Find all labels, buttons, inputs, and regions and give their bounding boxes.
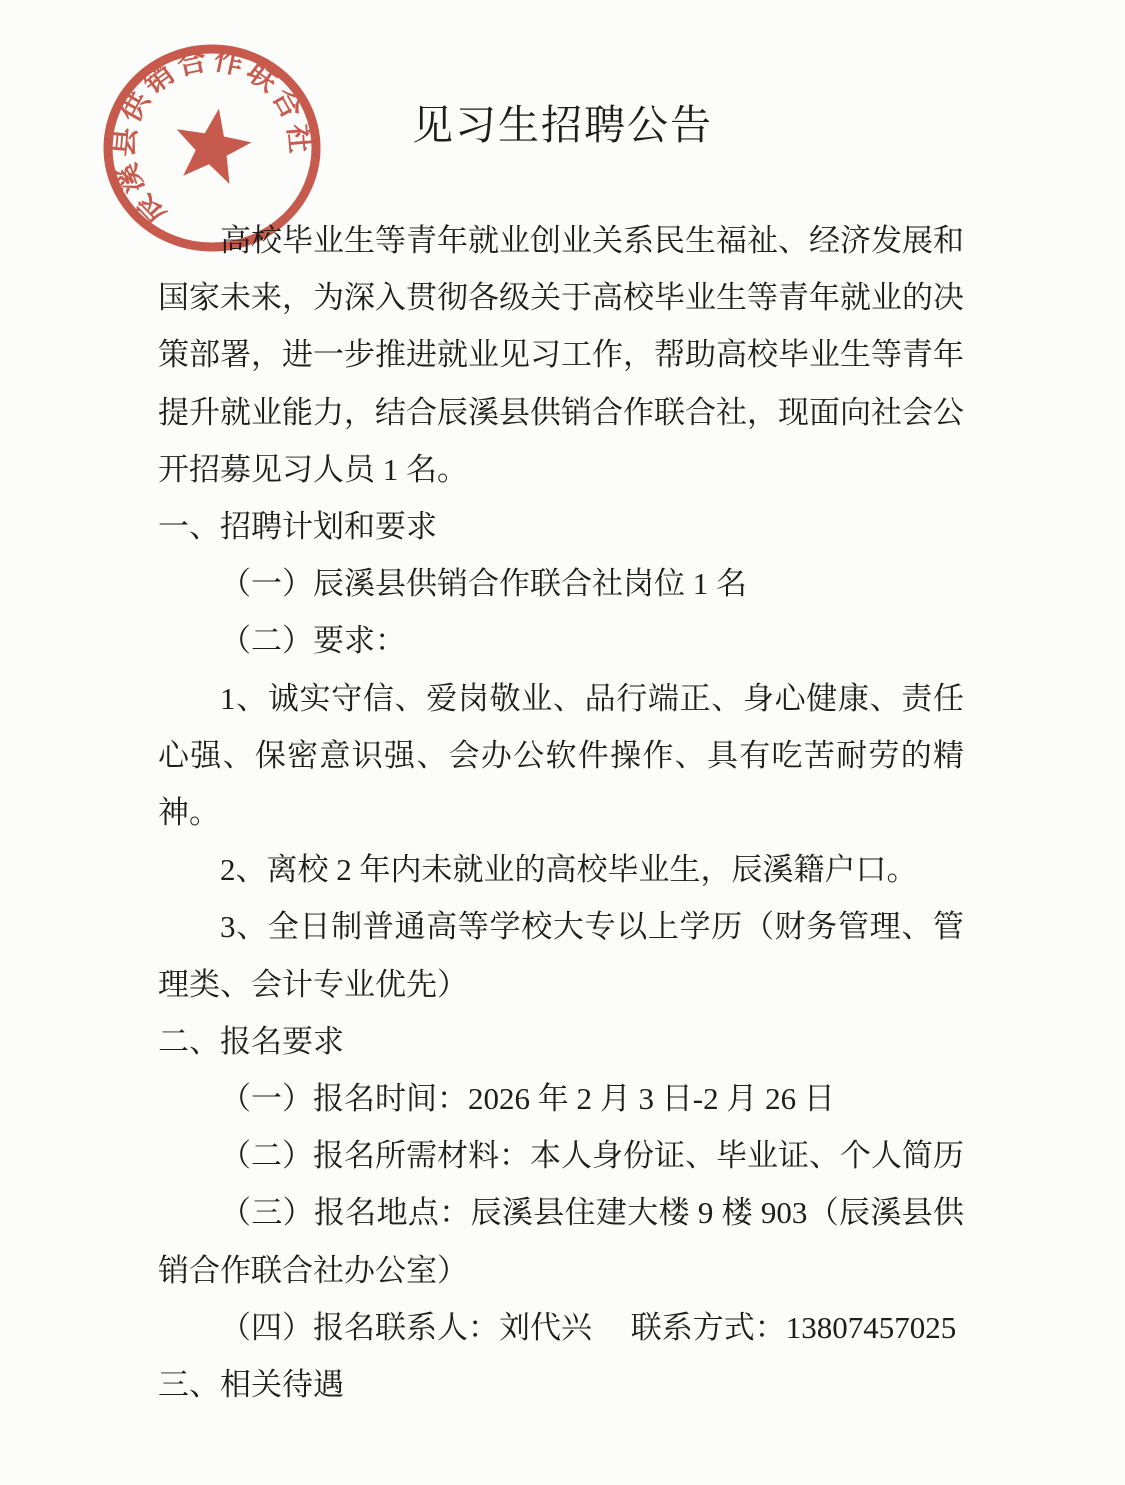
paragraph-intro: 高校毕业生等青年就业创业关系民生福祉、经济发展和国家未来，为深入贯彻各级关于高校… bbox=[158, 212, 964, 498]
item-position-count: （一）辰溪县供销合作联合社岗位 1 名 bbox=[158, 555, 964, 612]
item-signup-time: （一）报名时间：2026 年 2 月 3 日-2 月 26 日 bbox=[158, 1070, 964, 1127]
announcement-page: 辰溪县供销合作联合社 见习生招聘公告 高校毕业生等青年就业创业关系民生福祉、经济… bbox=[0, 0, 1125, 1485]
doc-body: 高校毕业生等青年就业创业关系民生福祉、经济发展和国家未来，为深入贯彻各级关于高校… bbox=[158, 212, 964, 1413]
doc-title: 见习生招聘公告 bbox=[0, 100, 1125, 150]
item-signup-contact: （四）报名联系人：刘代兴 联系方式：13807457025 bbox=[158, 1299, 964, 1356]
requirement-2: 2、离校 2 年内未就业的高校毕业生，辰溪籍户口。 bbox=[158, 841, 964, 898]
requirement-1: 1、诚实守信、爱岗敬业、品行端正、身心健康、责任心强、保密意识强、会办公软件操作… bbox=[158, 670, 964, 842]
item-signup-location: （三）报名地点：辰溪县住建大楼 9 楼 903（辰溪县供销合作联合社办公室） bbox=[158, 1184, 964, 1298]
heading-section-3: 三、相关待遇 bbox=[158, 1356, 964, 1413]
item-requirements-label: （二）要求： bbox=[158, 612, 964, 669]
requirement-3: 3、全日制普通高等学校大专以上学历（财务管理、管理类、会计专业优先） bbox=[158, 898, 964, 1012]
heading-section-1: 一、招聘计划和要求 bbox=[158, 498, 964, 555]
heading-section-2: 二、报名要求 bbox=[158, 1013, 964, 1070]
item-signup-materials: （二）报名所需材料：本人身份证、毕业证、个人简历 bbox=[158, 1127, 964, 1184]
